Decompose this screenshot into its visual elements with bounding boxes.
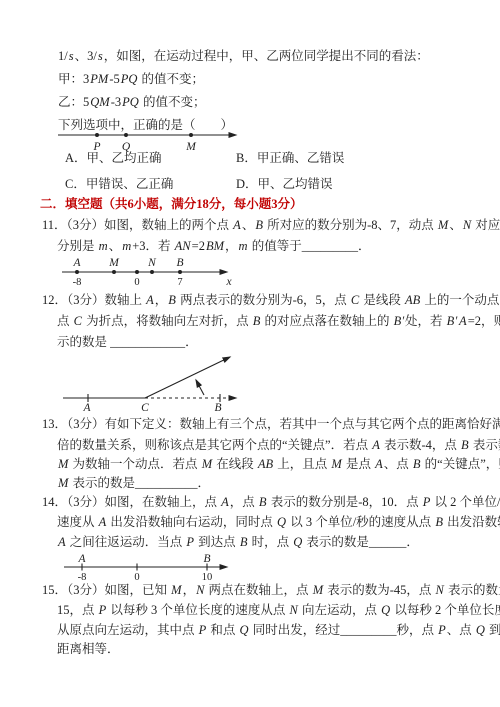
q13-text-line: 13．（3分）有如下定义：数轴上有三个点，若其中一个点与其它两个点的距离恰好满足… [42,416,500,432]
q13-text-line: M 表示的数是__________． [57,475,210,491]
point-N-dot [150,270,154,274]
label-C: C [141,402,149,414]
fold-direction-arrow [196,380,204,395]
option-c: C．甲错误、乙正确 [65,176,173,192]
q12-text-line: 点 C 为折点，将数轴向左对折，点 B 的对应点落在数轴上的 B′处，若 B′A… [57,313,500,329]
label-N: N [147,257,157,269]
q14-text-line: 速度从 A 出发沿数轴向右运动，同时点 Q 以 3 个单位/秒的速度从点 B 出… [57,514,500,530]
q14-text-line: 14．（3分）如图，在数轴上，点 A，点 B 表示的数分别是-8，10．点 P … [42,494,500,510]
label-A: A [82,402,91,414]
q13-text-line: 倍的数量关系，则称该点是其它两个点的“关键点”．若点 A 表示数-4，点 B 表… [57,437,500,453]
tick-7: 7 [177,277,182,288]
label-B: B [176,257,183,269]
option-d: D．甲、乙均错误 [236,176,333,192]
option-b: B．甲正确、乙错误 [236,150,344,166]
point-A-dot [75,270,79,274]
folded-ray [145,357,230,398]
q10-claim-jia: 甲：3PM-5PQ 的值不变； [58,71,204,87]
q13-text-line: M 为数轴一个动点．若点 M 在线段 AB 上，且点 M 是点 A、点 B 的“… [57,456,500,472]
label-A: A [77,553,86,565]
origin-dot [135,270,139,274]
label-M: M [108,257,120,269]
q11-numberline-diagram: A M N B -8 0 7 x [55,256,255,288]
exam-page: 1/s、3/s，如图，在运动过程中，甲、乙两位同学提出不同的看法： 甲：3PM-… [0,0,500,707]
tick-0: 0 [134,277,139,288]
q11-text-line: 11．（3分）如图，数轴上的两个点 A、B 所对应的数分别为-8、7，动点 M、… [42,217,500,233]
q15-text-line: 15，点 P 以每秒 3 个单位长度的速度从点 N 向左运动，点 Q 以每秒 2… [57,602,500,618]
q10-text-line: 1/s、3/s，如图，在运动过程中，甲、乙两位同学提出不同的看法： [58,48,429,64]
section-heading-fill-in-blanks: 二．填空题（共6小题，满分18分，每小题3分） [40,196,303,212]
label-B: B [203,553,210,565]
q14-numberline-diagram: A B -8 0 10 [55,551,255,583]
q15-text-line: 距离相等． [57,641,120,657]
q15-text-line: 从原点向左运动，其中点 P 和点 Q 同时出发，经过_________秒，点 P… [57,622,500,638]
q14-text-line: A 之间往返运动．当点 P 到达点 B 时，点 Q 表示的数是______． [57,534,419,550]
q12-text-line: 示的数是 ____________． [57,334,198,350]
q11-text-line: 分别是 m、m+3．若 AN=2BM，m 的值等于_________． [57,238,370,254]
tick-neg8: -8 [73,277,82,288]
option-a: A．甲、乙均正确 [65,150,162,166]
label-A: A [72,257,81,269]
q10-claim-yi: 乙：5QM-3PQ 的值不变； [58,94,205,110]
label-M: M [185,141,197,153]
q12-fold-diagram: A C B [55,349,255,415]
point-B-dot [178,270,182,274]
q15-text-line: 15．（3分）如图，已知 M，N 两点在数轴上，点 M 表示的数为-45，点 N… [42,582,500,598]
point-M-dot [112,270,116,274]
label-B: B [214,402,221,414]
point-M-dot [189,133,193,137]
point-Q-dot [124,133,128,137]
q12-text-line: 12．（3分）数轴上 A，B 两点表示的数分别为-6，5，点 C 是线段 AB … [42,292,500,308]
axis-x-label: x [225,276,232,288]
point-P-dot [95,133,99,137]
